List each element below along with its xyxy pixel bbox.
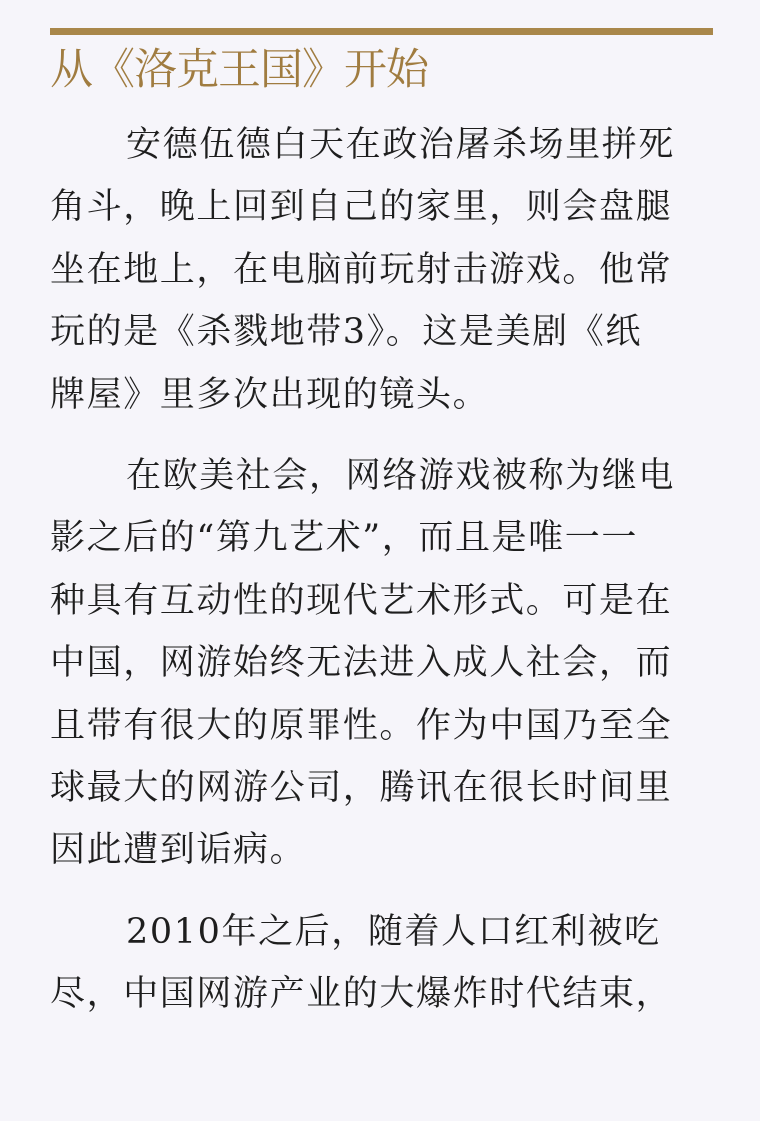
article-body: 安德伍德白天在政治屠杀场里拼死 角斗，晚上回到自己的家里，则会盘腿 坐在地上，在…: [50, 118, 714, 1029]
section-divider-rule: [50, 28, 713, 35]
section-title: 从《洛克王国》开始: [50, 40, 428, 100]
text-line: 中国，网游始终无法进入成人社会，而: [50, 636, 714, 698]
text-line: 且带有很大的原罪性。作为中国乃至全: [50, 699, 714, 761]
text-line: 安德伍德白天在政治屠杀场里拼死: [50, 118, 714, 180]
text-line: 尽，中国网游产业的大爆炸时代结束，: [50, 967, 714, 1029]
paragraph-gap: [50, 886, 714, 905]
text-line: 玩的是《杀戮地带3》。这是美剧《纸: [50, 305, 714, 367]
text-line: 角斗，晚上回到自己的家里，则会盘腿: [50, 180, 714, 242]
text-line: 坐在地上，在电脑前玩射击游戏。他常: [50, 243, 714, 305]
paragraph-gap: [50, 430, 714, 449]
text-line: 在欧美社会，网络游戏被称为继电: [50, 449, 714, 511]
paragraph-3: 2010年之后，随着人口红利被吃 尽，中国网游产业的大爆炸时代结束，: [50, 905, 714, 1030]
text-line: 因此遭到诟病。: [50, 823, 714, 885]
text-line: 影之后的“第九艺术”，而且是唯一一: [50, 511, 714, 573]
text-line: 2010年之后，随着人口红利被吃: [50, 905, 714, 967]
text-line: 种具有互动性的现代艺术形式。可是在: [50, 574, 714, 636]
paragraph-1: 安德伍德白天在政治屠杀场里拼死 角斗，晚上回到自己的家里，则会盘腿 坐在地上，在…: [50, 118, 714, 430]
text-line: 牌屋》里多次出现的镜头。: [50, 368, 714, 430]
text-line: 球最大的网游公司，腾讯在很长时间里: [50, 761, 714, 823]
paragraph-2: 在欧美社会，网络游戏被称为继电 影之后的“第九艺术”，而且是唯一一 种具有互动性…: [50, 449, 714, 886]
